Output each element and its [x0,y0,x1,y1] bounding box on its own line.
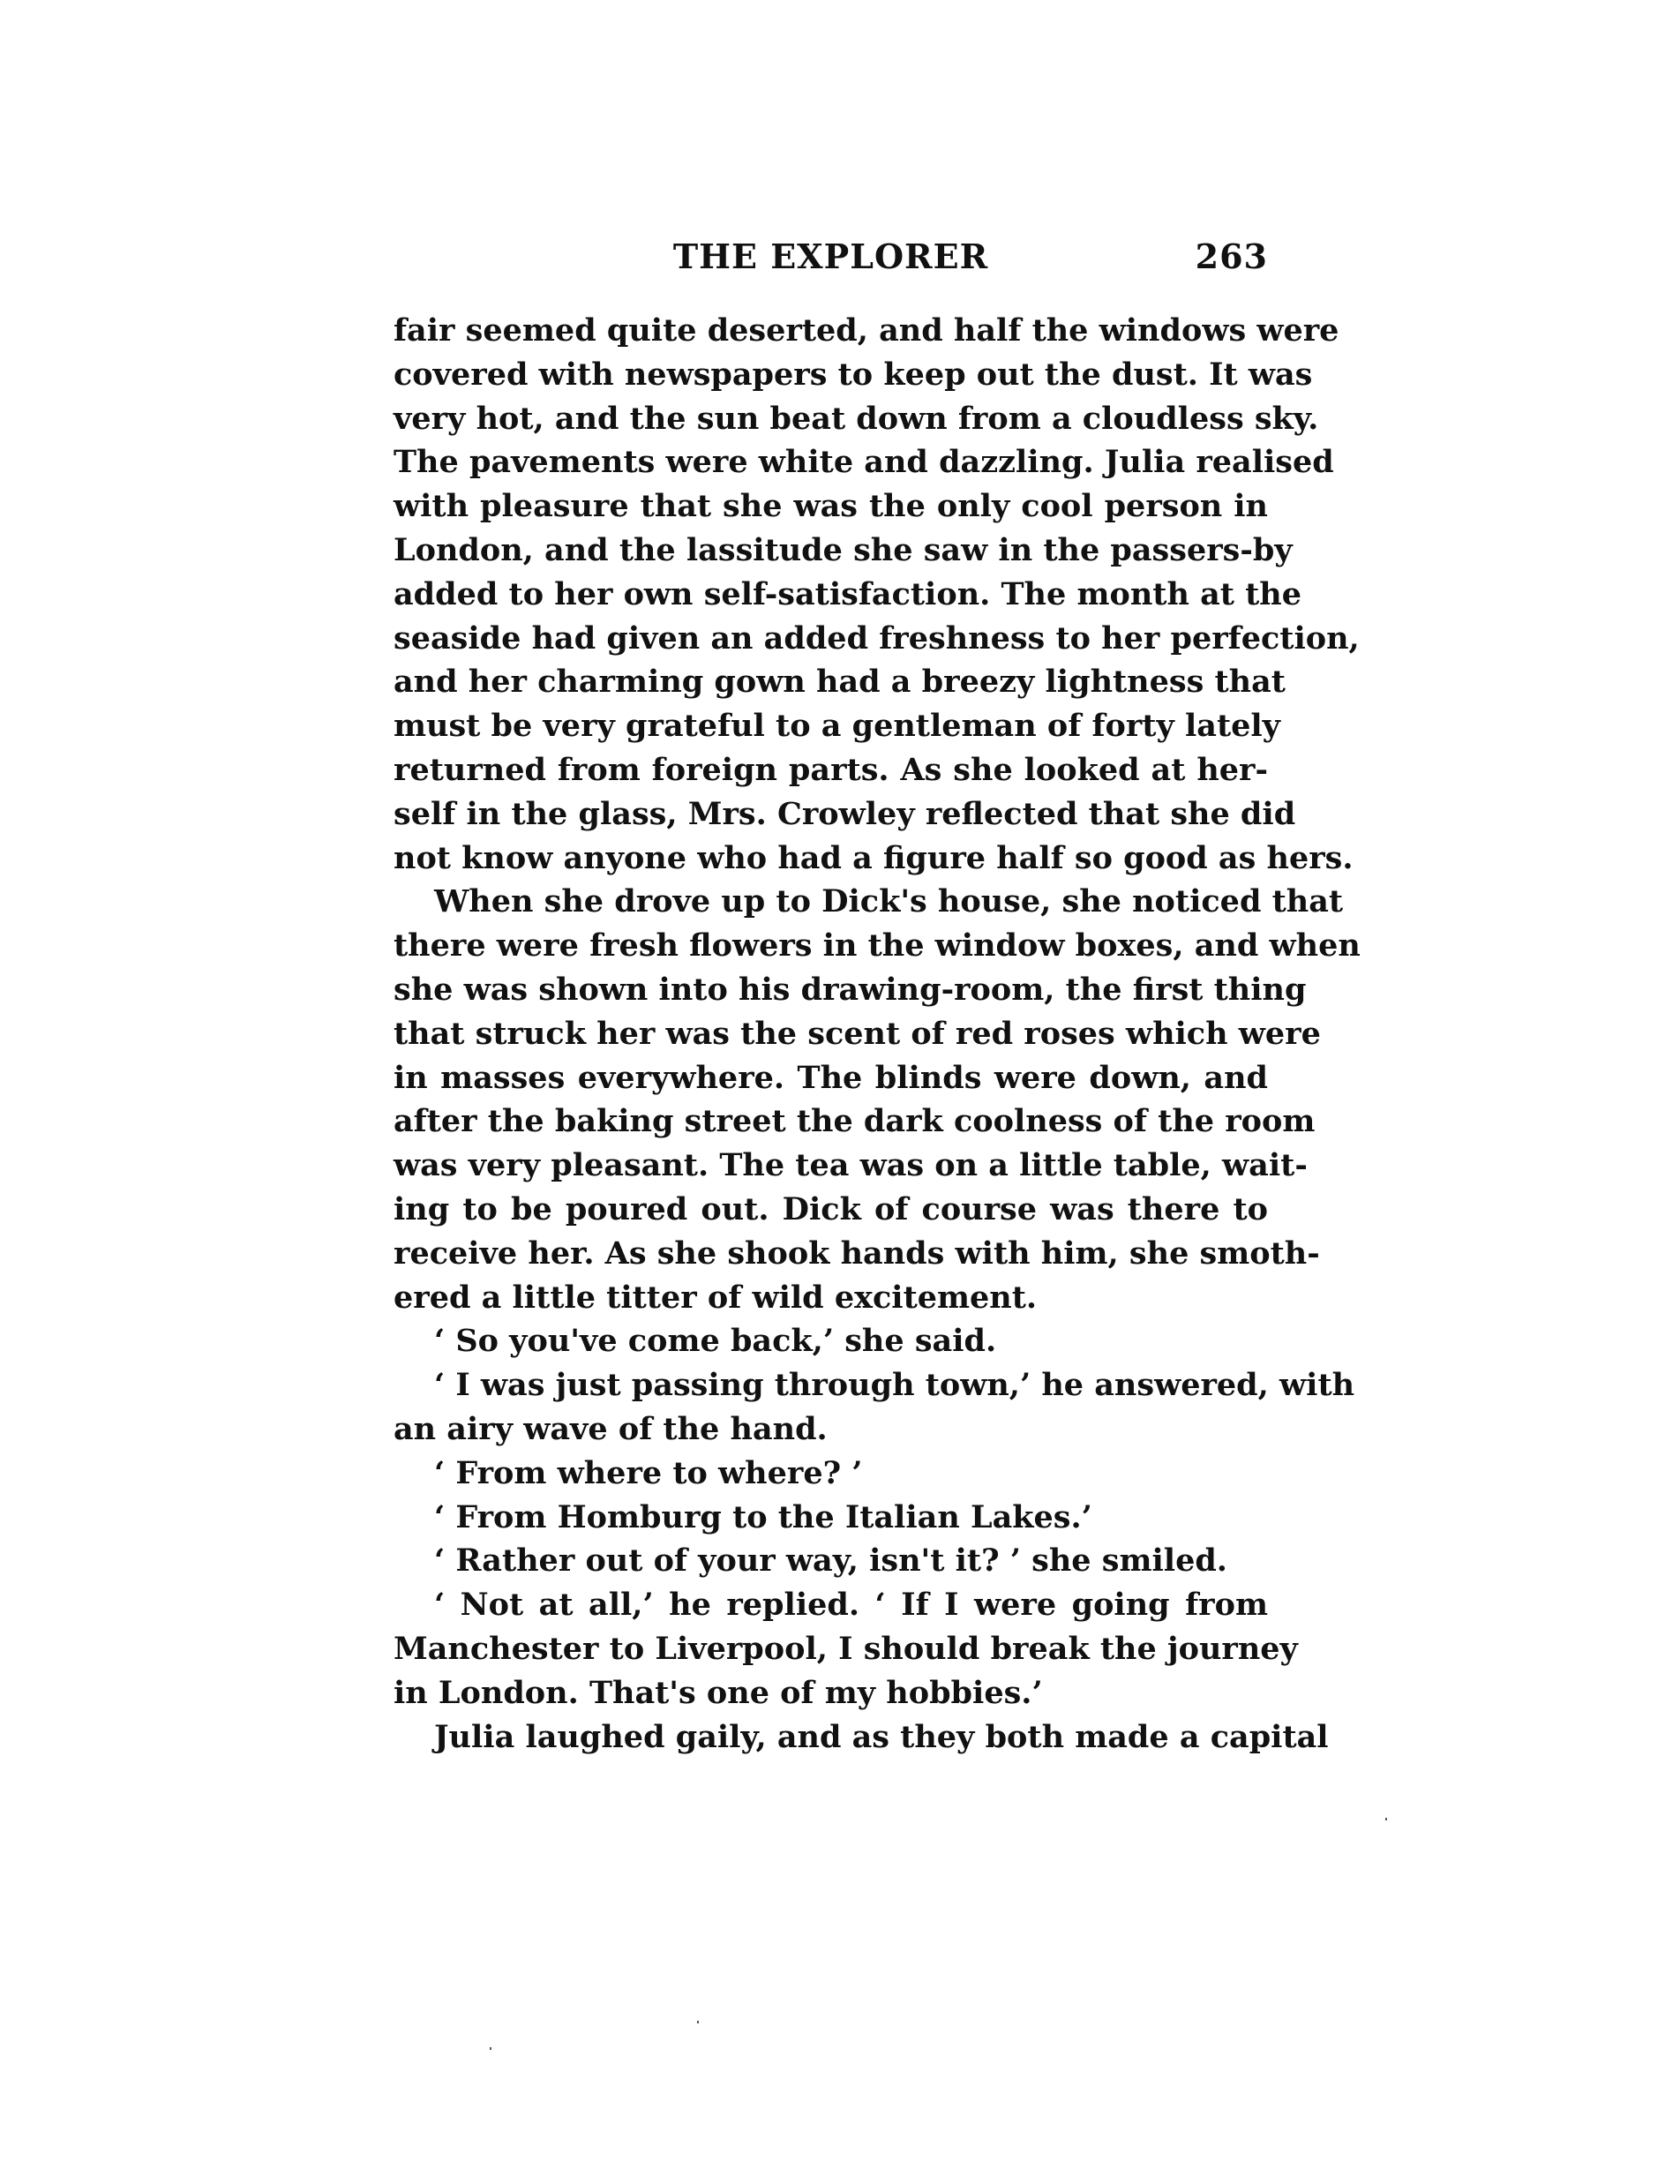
text-line: with pleasure that she was the only cool… [394,484,1268,529]
text-line: not know anyone who had a figure half so… [394,837,1268,881]
text-line: ing to be poured out. Dick of course was… [394,1188,1268,1232]
text-line: in masses everywhere. The blinds were do… [394,1056,1268,1100]
text-line: ‘ From Homburg to the Italian Lakes.’ [394,1496,1268,1540]
scan-speck [1385,1818,1387,1820]
text-line: The pavements were white and dazzling. J… [394,440,1268,484]
text-line: in London. That's one of my hobbies.’ [394,1671,1268,1715]
text-line: added to her own self-satisfaction. The … [394,573,1268,617]
running-title: THE EXPLORER [394,236,1268,276]
text-line: ‘ From where to where? ’ [394,1452,1268,1496]
text-line: seaside had given an added freshness to … [394,617,1268,661]
text-line: self in the glass, Mrs. Crowley reflecte… [394,792,1268,837]
text-line: returned from foreign parts. As she look… [394,748,1268,792]
text-line: there were fresh flowers in the window b… [394,924,1268,968]
text-line: ‘ Rather out of your way, isn't it? ’ sh… [394,1539,1268,1583]
page-number: 263 [1196,236,1268,276]
text-line: Julia laughed gaily, and as they both ma… [394,1715,1268,1760]
text-line: London, and the lassitude she saw in the… [394,529,1268,573]
text-line: ‘ Not at all,’ he replied. ‘ If I were g… [394,1583,1268,1627]
text-line: ‘ I was just passing through town,’ he a… [394,1363,1268,1407]
text-line: covered with newspapers to keep out the … [394,353,1268,397]
text-line: must be very grateful to a gentleman of … [394,704,1268,748]
text-line: ered a little titter of wild excitement. [394,1276,1268,1320]
text-line: an airy wave of the hand. [394,1407,1268,1452]
text-line: Manchester to Liverpool, I should break … [394,1627,1268,1671]
text-line: ‘ So you've come back,’ she said. [394,1319,1268,1363]
text-line: after the baking street the dark coolnes… [394,1100,1268,1144]
text-line: was very pleasant. The tea was on a litt… [394,1144,1268,1188]
text-line: and her charming gown had a breezy light… [394,660,1268,704]
body-text: fair seemed quite deserted, and half the… [394,309,1268,1759]
book-page: THE EXPLORER 263 fair seemed quite deser… [0,0,1680,2184]
scan-speck [490,2047,491,2050]
text-line: When she drove up to Dick's house, she n… [394,880,1268,924]
running-header: THE EXPLORER 263 [394,236,1268,281]
text-line: that struck her was the scent of red ros… [394,1012,1268,1056]
scan-speck [697,2021,699,2023]
text-line: she was shown into his drawing-room, the… [394,968,1268,1012]
text-line: fair seemed quite deserted, and half the… [394,309,1268,353]
text-line: receive her. As she shook hands with him… [394,1232,1268,1276]
text-line: very hot, and the sun beat down from a c… [394,397,1268,441]
